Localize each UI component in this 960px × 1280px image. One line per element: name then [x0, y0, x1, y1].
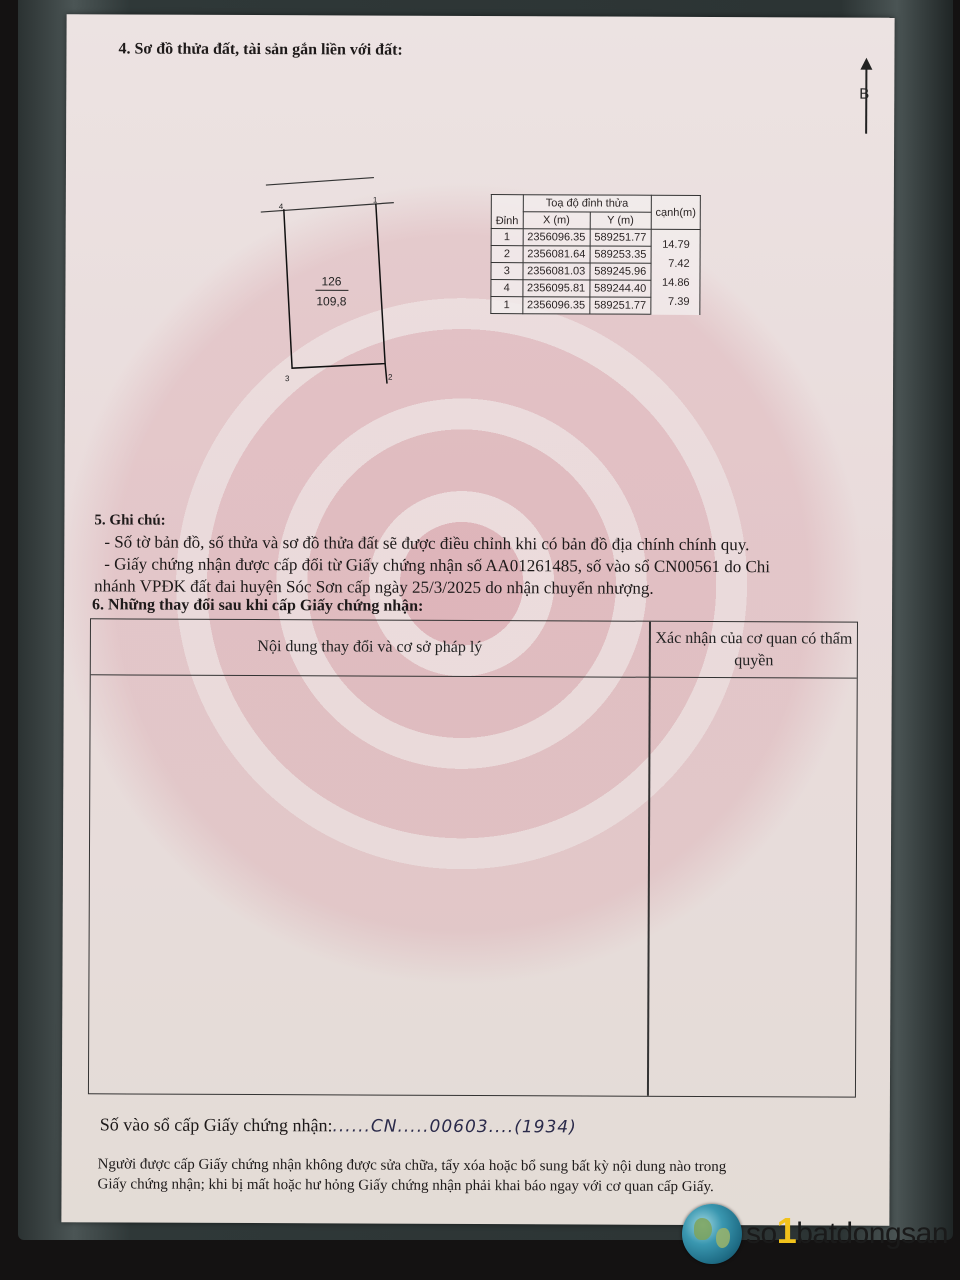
registry-label: Số vào sổ cấp Giấy chứng nhận:	[100, 1114, 333, 1135]
col-edge: cạnh(m)	[651, 195, 700, 229]
warning-line-2: Giấy chứng nhận; khi bị mất hoặc hư hỏng…	[97, 1176, 713, 1196]
north-arrow: B	[856, 58, 876, 134]
section-5-title: 5. Ghi chú:	[94, 512, 165, 529]
note-2-line-2: nhánh VPĐK đất đai huyện Sóc Sơn cấp ngà…	[94, 576, 654, 598]
table-row: 1 2356096.35 589251.77 14.79 7.42 14.86 …	[491, 229, 700, 247]
registry-number: Số vào sổ cấp Giấy chứng nhận:......CN..…	[100, 1114, 577, 1137]
coord-group-header: Toạ độ đỉnh thửa	[523, 195, 651, 213]
col-y: Y (m)	[590, 212, 651, 229]
parcel-number: 126	[321, 274, 341, 288]
col-authority-confirmation: Xác nhận của cơ quan có thẩm quyền	[651, 628, 857, 673]
col-change-content: Nội dung thay đổi và cơ sở pháp lý	[91, 637, 649, 657]
vertex-coordinate-table: Đỉnh Toạ độ đỉnh thửa cạnh(m) X (m) Y (m…	[490, 194, 701, 315]
parcel-diagram: 126 109,8 1 2 3 4	[245, 165, 416, 406]
north-label: B	[859, 86, 869, 103]
svg-text:3: 3	[285, 374, 290, 383]
parcel-area: 109,8	[316, 294, 346, 308]
certificate-page: 4. Sơ đồ thửa đất, tài sản gắn liền với …	[61, 14, 894, 1226]
globe-icon	[682, 1204, 742, 1264]
edge-lengths: 14.79 7.42 14.86 7.39	[651, 229, 701, 314]
changes-table: Nội dung thay đổi và cơ sở pháp lý Xác n…	[88, 618, 858, 1097]
svg-text:4: 4	[279, 202, 284, 211]
note-1: - Số tờ bản đồ, số thửa và sơ đồ thửa đấ…	[104, 532, 749, 555]
section-6-title: 6. Những thay đổi sau khi cấp Giấy chứng…	[92, 596, 423, 615]
registry-handwritten-value: ......CN.....00603....(1934)	[332, 1116, 576, 1137]
warning-line-1: Người được cấp Giấy chứng nhận không đượ…	[98, 1156, 727, 1176]
section-4-title: 4. Sơ đồ thửa đất, tài sản gắn liền với …	[118, 40, 402, 59]
svg-text:1: 1	[373, 196, 378, 205]
col-x: X (m)	[523, 212, 590, 229]
note-2-line-1: - Giấy chứng nhận được cấp đổi từ Giấy c…	[104, 554, 770, 577]
svg-text:2: 2	[388, 373, 393, 382]
col-vertex: Đỉnh	[491, 195, 523, 229]
watermark-logo: so1batdongsan	[682, 1204, 952, 1264]
